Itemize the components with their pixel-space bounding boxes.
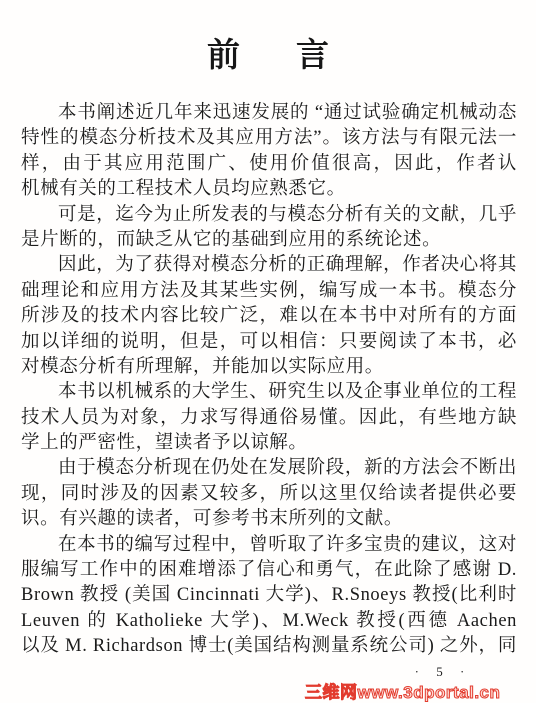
text-line: 服编写工作中的困难增添了信心和勇气，在此除了感谢 D. [21,558,517,583]
text-line: 本书以机械系的大学生、研究生以及企事业单位的工程 [21,380,517,405]
scanned-book-page: 前 言 本书阐述近几年来迅速发展的 “通过试验确定机械动态特性的模态分析技术及其… [0,0,536,703]
title-char: 言 [296,40,329,73]
text-line: 加以详细的说明，但是，可以相信：只要阅读了本书，必定能够 [21,330,517,355]
text-line: 识。有兴趣的读者，可参考书末所列的文献。 [21,507,517,532]
text-line: 特性的模态分析技术及其应用方法”。该方法与有限元法一 [21,126,517,151]
text-line: 所涉及的技术内容比较广泛，难以在本书中对所有的方面均 [21,304,517,329]
text-line: 现，同时涉及的因素又较多，所以这里仅给读者提供必要的知 [21,482,517,507]
watermark: 三维网www.3dportal.cn [305,678,500,703]
text-line: 学上的严密性，望读者予以谅解。 [21,431,517,456]
text-line: 由于模态分析现在仍处在发展阶段，新的方法会不断出 [21,456,517,481]
text-line: 对模态分析有所理解，并能加以实际应用。 [21,355,517,380]
page-title: 前 言 [0,40,536,73]
text-line: 样，由于其应用范围广、使用价值很高，因此，作者认为：凡与 [21,152,517,177]
text-line: 机械有关的工程技术人员均应熟悉它。 [21,177,517,202]
text-line: 以及 M. Richardson 博士(美国结构测量系统公司) 之外，同 [21,634,517,659]
text-line: 技术人员为对象，力求写得通俗易懂。因此，有些地方缺乏数 [21,406,517,431]
preface-body: 本书阐述近几年来迅速发展的 “通过试验确定机械动态特性的模态分析技术及其应用方法… [21,101,517,660]
text-line: 因此，为了获得对模态分析的正确理解，作者决心将其基 [21,253,517,278]
text-line: 可是，迄今为止所发表的与模态分析有关的文献，几乎都 [21,203,517,228]
title-char: 前 [207,40,240,73]
text-line: 础理论和应用方法及其某些实例，编写成一本书。模态分析 [21,279,517,304]
text-line: 是片断的，而缺乏从它的基础到应用的系统论述。 [21,228,517,253]
text-line: 本书阐述近几年来迅速发展的 “通过试验确定机械动态 [21,101,517,126]
text-line: Leuven 的 Katholieke 大学)、M.Weck 教授(西德 Aac… [21,609,517,634]
text-line: 在本书的编写过程中，曾听取了许多宝贵的建议，这对克 [21,533,517,558]
text-line: Brown 教授 (美国 Cincinnati 大学)、R.Snoeys 教授(… [21,583,517,608]
